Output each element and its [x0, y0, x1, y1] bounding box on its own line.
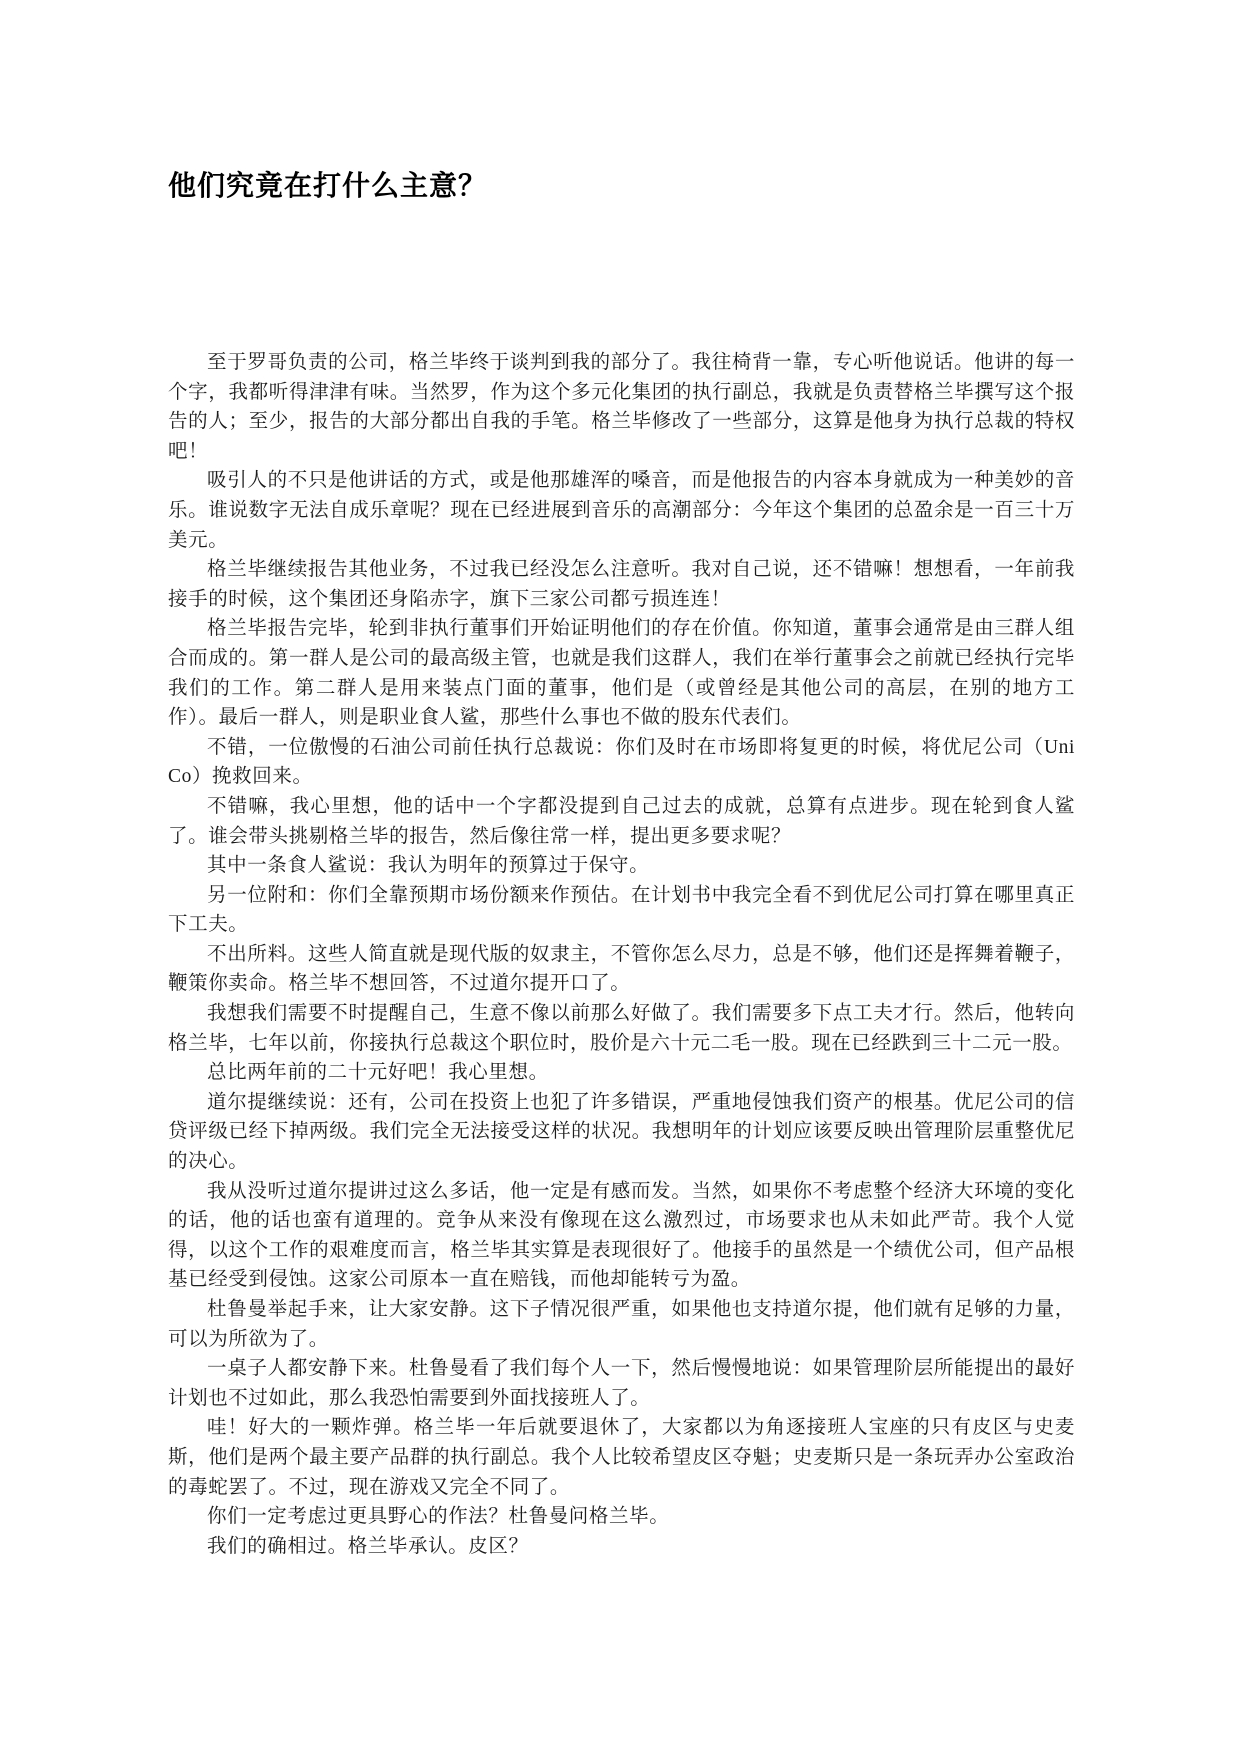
paragraph: 吸引人的不只是他讲话的方式，或是他那雄浑的嗓音，而是他报告的内容本身就成为一种美… — [168, 466, 1075, 555]
paragraph: 哇！好大的一颗炸弹。格兰毕一年后就要退休了，大家都以为角逐接班人宝座的只有皮区与… — [168, 1413, 1075, 1502]
paragraph: 另一位附和：你们全靠预期市场份额来作预估。在计划书中我完全看不到优尼公司打算在哪… — [168, 881, 1075, 940]
paragraph: 总比两年前的二十元好吧！我心里想。 — [168, 1058, 1075, 1088]
paragraph: 道尔提继续说：还有，公司在投资上也犯了许多错误，严重地侵蚀我们资产的根基。优尼公… — [168, 1088, 1075, 1177]
document-page: 他们究竟在打什么主意？ 至于罗哥负责的公司，格兰毕终于谈判到我的部分了。我往椅背… — [0, 0, 1241, 1754]
paragraph: 不出所料。这些人简直就是现代版的奴隶主，不管你怎么尽力，总是不够，他们还是挥舞着… — [168, 940, 1075, 999]
paragraph: 至于罗哥负责的公司，格兰毕终于谈判到我的部分了。我往椅背一靠，专心听他说话。他讲… — [168, 348, 1075, 466]
paragraph: 杜鲁曼举起手来，让大家安静。这下子情况很严重，如果他也支持道尔提，他们就有足够的… — [168, 1295, 1075, 1354]
paragraph: 其中一条食人鲨说：我认为明年的预算过于保守。 — [168, 851, 1075, 881]
paragraph: 一桌子人都安静下来。杜鲁曼看了我们每个人一下，然后慢慢地说：如果管理阶层所能提出… — [168, 1354, 1075, 1413]
paragraph: 我想我们需要不时提醒自己，生意不像以前那么好做了。我们需要多下点工夫才行。然后，… — [168, 999, 1075, 1058]
paragraph: 格兰毕继续报告其他业务，不过我已经没怎么注意听。我对自己说，还不错嘛！想想看，一… — [168, 555, 1075, 614]
page-title: 他们究竟在打什么主意？ — [168, 170, 1075, 202]
body-text: 至于罗哥负责的公司，格兰毕终于谈判到我的部分了。我往椅背一靠，专心听他说话。他讲… — [168, 348, 1075, 1561]
paragraph: 格兰毕报告完毕，轮到非执行董事们开始证明他们的存在价值。你知道，董事会通常是由三… — [168, 614, 1075, 732]
paragraph: 不错嘛，我心里想，他的话中一个字都没提到自己过去的成就，总算有点进步。现在轮到食… — [168, 792, 1075, 851]
paragraph: 不错，一位傲慢的石油公司前任执行总裁说：你们及时在市场即将复更的时候，将优尼公司… — [168, 733, 1075, 792]
paragraph: 我从没听过道尔提讲过这么多话，他一定是有感而发。当然，如果你不考虑整个经济大环境… — [168, 1177, 1075, 1295]
paragraph: 你们一定考虑过更具野心的作法？杜鲁曼问格兰毕。 — [168, 1502, 1075, 1532]
paragraph: 我们的确相过。格兰毕承认。皮区？ — [168, 1532, 1075, 1562]
